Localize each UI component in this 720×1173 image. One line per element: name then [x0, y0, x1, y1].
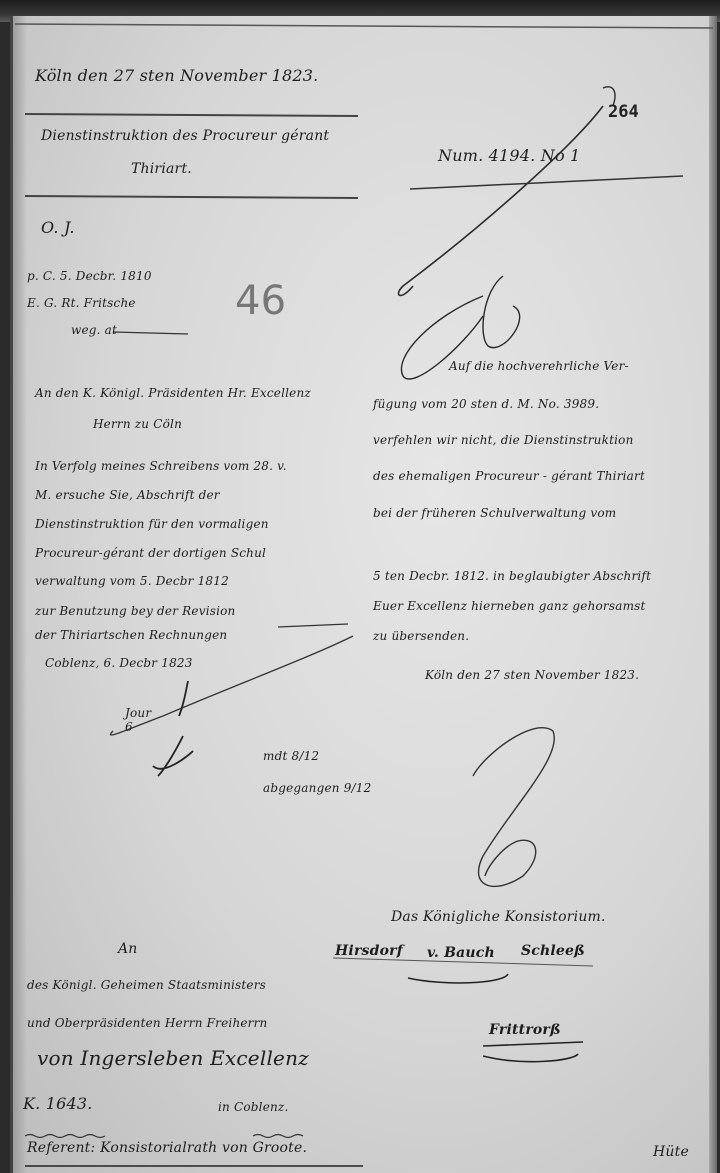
paraph-note: Jour 6 [125, 706, 155, 734]
draft-place-date: Coblenz, 6. Decbr 1823 [45, 656, 193, 670]
draft-body-line: M. ersuche Sie, Abschrift der [35, 488, 220, 502]
draft-body-line: Dienstinstruktion für den vormaligen [35, 517, 269, 531]
pen-flourishes [13, 16, 717, 1173]
letter-body-line: 5 ten Decbr. 1812. in beglaubigter Absch… [373, 569, 651, 583]
letter-body-line: zu übersenden. [373, 629, 469, 643]
addressee-prefix: An [118, 941, 138, 957]
letter-closing-date: Köln den 27 sten November 1823. [425, 668, 639, 682]
header-date-line: Köln den 27 sten November 1823. [35, 66, 318, 85]
addressee-place: in Coblenz. [218, 1100, 288, 1114]
issuing-authority: Das Königliche Konsistorium. [391, 909, 606, 925]
page-gutter-shadow [13, 16, 27, 1173]
draft-address-line-1: An den K. Königl. Präsidenten Hr. Excell… [35, 386, 311, 400]
draft-body-line: zur Benutzung bey der Revision [35, 604, 236, 618]
letter-body-line: verfehlen wir nicht, die Dienstinstrukti… [373, 433, 634, 447]
referent-line: Referent: Konsistorialrath von Groote. [27, 1140, 307, 1156]
dispatch-note: abgegangen 9/12 [263, 781, 371, 795]
signature: Frittrorß [489, 1022, 561, 1038]
registry-number: K. 1643. [23, 1094, 93, 1113]
addressee-line-2: und Oberpräsidenten Herrn Freiherrn [27, 1016, 267, 1030]
header-subject-line-1: Dienstinstruktion des Procureur gérant [41, 128, 329, 144]
draft-body-line: Procureur-gérant der dortigen Schul [35, 546, 266, 560]
pencil-number: 46 [235, 278, 286, 324]
letter-body-line: Auf die hochverehrliche Ver- [449, 359, 629, 373]
initials-note: O. J. [41, 218, 75, 237]
draft-body-line: In Verfolg meines Schreibens vom 28. v. [35, 459, 287, 473]
header-subject-line-2: Thiriart. [131, 161, 192, 177]
corner-note: Hüte [653, 1144, 689, 1160]
marginal-note-2: E. G. Rt. Fritsche [27, 296, 136, 310]
addressee-line-1: des Königl. Geheimen Staatsministers [27, 978, 266, 992]
draft-address-line-2: Herrn zu Cöln [93, 417, 182, 431]
signature: Schleeß [521, 943, 585, 959]
file-number: Num. 4194. No 1 [438, 146, 580, 165]
page-edge [709, 16, 717, 1173]
addressee-line-3: von Ingersleben Excellenz [37, 1046, 309, 1070]
marginal-note-1: p. C. 5. Decbr. 1810 [27, 269, 152, 283]
document-page: Köln den 27 sten November 1823. Dienstin… [10, 16, 717, 1173]
signature: v. Bauch [427, 945, 495, 961]
draft-body-line: verwaltung vom 5. Decbr 1812 [35, 574, 229, 588]
signature: Hirsdorf [335, 943, 403, 959]
letter-body-line: fügung vom 20 sten d. M. No. 3989. [373, 397, 599, 411]
page-number-stamp: 264 [608, 102, 639, 122]
mundum-note: mdt 8/12 [263, 749, 319, 763]
letter-body-line: des ehemaligen Procureur - gérant Thiria… [373, 469, 645, 483]
letter-body-line: Euer Excellenz hierneben ganz gehorsamst [373, 599, 646, 613]
draft-body-line: der Thiriartschen Rechnungen [35, 628, 227, 642]
marginal-note-3: weg. at [71, 323, 117, 337]
letter-body-line: bei der früheren Schulverwaltung vom [373, 506, 616, 520]
